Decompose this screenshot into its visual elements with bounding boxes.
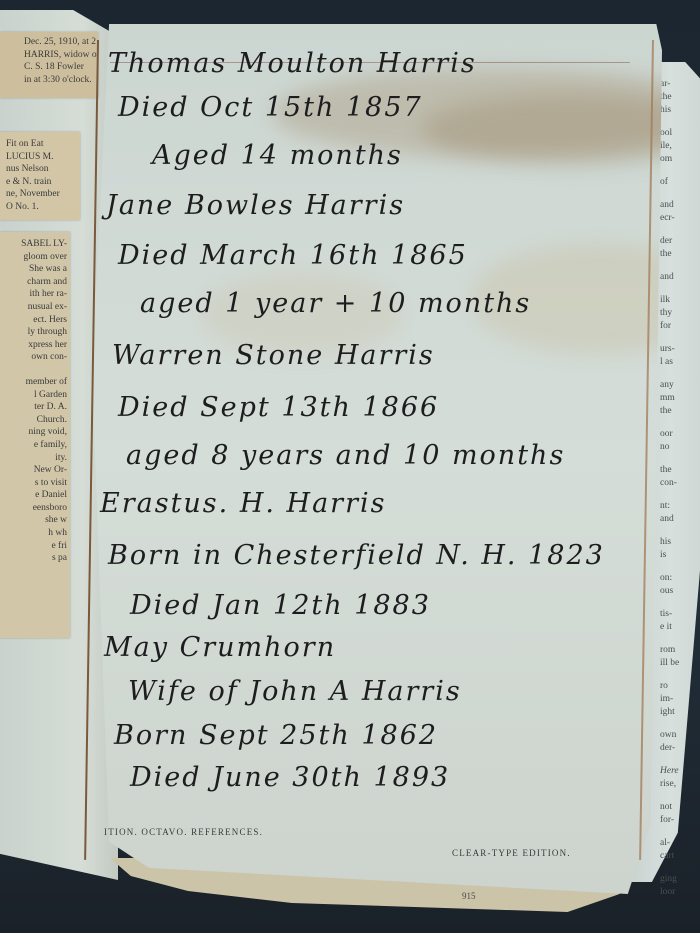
clipping-text: She was a	[2, 263, 70, 276]
newspaper-clipping-obituary-2: Fit on Eat LUCIUS M. nus Nelson e & N. t…	[0, 132, 80, 220]
page-number: 915	[462, 891, 476, 901]
margin-text: loor	[660, 886, 700, 899]
margin-text: der	[660, 235, 700, 248]
margin-text: ile,	[660, 140, 700, 153]
margin-text: urs-	[660, 343, 700, 356]
entry-3-died: Died Sept 13th 1866	[118, 392, 439, 423]
clipping-text: xpress her	[2, 339, 70, 352]
margin-text: om	[660, 153, 700, 166]
margin-text: ilk	[660, 294, 700, 307]
margin-text: own	[660, 729, 700, 742]
margin-text: ill be	[660, 657, 700, 670]
margin-text: the	[660, 91, 700, 104]
margin-text: and	[660, 513, 700, 526]
clipping-text: ect. Hers	[2, 314, 70, 327]
margin-text: is	[660, 549, 700, 562]
entry-2-died: Died March 16th 1865	[118, 240, 468, 271]
entry-5-died: Died June 30th 1893	[130, 762, 450, 793]
entry-3-name: Warren Stone Harris	[112, 340, 435, 371]
printed-footer-left: ITION. OCTAVO. REFERENCES.	[104, 827, 263, 837]
clipping-text: Fit on Eat	[6, 138, 80, 151]
printed-footer-right: CLEAR-TYPE EDITION.	[452, 848, 571, 858]
entry-4-born: Born in Chesterfield N. H. 1823	[108, 540, 605, 571]
margin-text: der-	[660, 742, 700, 755]
margin-text: tis-	[660, 608, 700, 621]
entry-1-name: Thomas Moulton Harris	[108, 48, 477, 79]
margin-text: Here	[660, 765, 700, 778]
clipping-text: s pa	[2, 552, 70, 565]
margin-text: ous	[660, 585, 700, 598]
clipping-text: eensboro	[2, 502, 70, 515]
clipping-text: l Garden	[2, 389, 70, 402]
clipping-text: HARRIS, widow of	[24, 49, 98, 62]
clipping-text: own con-	[2, 351, 70, 364]
margin-text: no	[660, 441, 700, 454]
margin-text: for	[660, 320, 700, 333]
clipping-text: O No. 1.	[6, 201, 80, 214]
margin-text: his	[660, 104, 700, 117]
clipping-text: e & N. train	[6, 176, 80, 189]
clipping-text: ne, November	[6, 188, 80, 201]
clipping-text: ity.	[2, 452, 70, 465]
clipping-text: e fri	[2, 540, 70, 553]
margin-text: his	[660, 536, 700, 549]
clipping-text: LUCIUS M.	[6, 151, 80, 164]
clipping-text: she w	[2, 514, 70, 527]
margin-text: nt:	[660, 500, 700, 513]
right-margin-printed-text: ar- the his ool ile, om of and ecr- der …	[660, 78, 700, 899]
margin-text: ro	[660, 680, 700, 693]
entry-5-born: Born Sept 25th 1862	[114, 720, 438, 751]
margin-text: ging	[660, 873, 700, 886]
clipping-text: charm and	[2, 276, 70, 289]
margin-text: thy	[660, 307, 700, 320]
margin-text: e it	[660, 621, 700, 634]
margin-text: not	[660, 801, 700, 814]
clipping-text: SABEL LY-	[2, 238, 70, 251]
clipping-text: gloom over	[2, 251, 70, 264]
clipping-text: e Daniel	[2, 489, 70, 502]
clipping-text: e family,	[2, 439, 70, 452]
clipping-text: ith her ra-	[2, 288, 70, 301]
clipping-text: Dec. 25, 1910, at 2	[24, 36, 98, 49]
clipping-text: ter D. A.	[2, 401, 70, 414]
clipping-text: in at 3:30 o'clock.	[24, 74, 98, 87]
margin-text: on:	[660, 572, 700, 585]
margin-text: rise,	[660, 778, 700, 791]
margin-text: ight	[660, 706, 700, 719]
entry-1-died: Died Oct 15th 1857	[118, 92, 423, 123]
margin-text: for-	[660, 814, 700, 827]
margin-text: l as	[660, 356, 700, 369]
entry-4-died: Died Jan 12th 1883	[130, 590, 431, 621]
margin-text: ar-	[660, 78, 700, 91]
clipping-text: New Or-	[2, 464, 70, 477]
margin-text: the	[660, 248, 700, 261]
newspaper-clipping-obituary-3: SABEL LY- gloom over She was a charm and…	[0, 232, 70, 638]
clipping-text: C. S. 18 Fowler	[24, 61, 98, 74]
margin-text: rom	[660, 644, 700, 657]
clipping-text: nus Nelson	[6, 163, 80, 176]
entry-1-age: Aged 14 months	[152, 140, 403, 171]
margin-text: ecr-	[660, 212, 700, 225]
margin-text: the	[660, 464, 700, 477]
margin-text: and	[660, 199, 700, 212]
margin-text: the	[660, 405, 700, 418]
margin-text: mm	[660, 392, 700, 405]
newspaper-clipping-obituary-1: Dec. 25, 1910, at 2 HARRIS, widow of C. …	[0, 32, 98, 98]
entry-4-name: Erastus. H. Harris	[100, 488, 387, 519]
clipping-text: member of	[2, 376, 70, 389]
margin-text: al-	[660, 837, 700, 850]
entry-2-age: aged 1 year + 10 months	[140, 288, 531, 319]
margin-text: im-	[660, 693, 700, 706]
margin-text: any	[660, 379, 700, 392]
clipping-text: h wh	[2, 527, 70, 540]
clipping-text: s to visit	[2, 477, 70, 490]
clipping-text: ly through	[2, 326, 70, 339]
margin-text: oor	[660, 428, 700, 441]
margin-text: con-	[660, 477, 700, 490]
clipping-gap	[2, 364, 70, 376]
clipping-text: Church.	[2, 414, 70, 427]
entry-5-spouse: Wife of John A Harris	[128, 676, 462, 707]
margin-text: and	[660, 271, 700, 284]
entry-5-name: May Crumhorn	[104, 632, 336, 663]
clipping-text: ning void,	[2, 426, 70, 439]
margin-text: cart	[660, 850, 700, 863]
margin-text: ool	[660, 127, 700, 140]
entry-2-name: Jane Bowles Harris	[106, 190, 405, 221]
margin-text: of	[660, 176, 700, 189]
entry-3-age: aged 8 years and 10 months	[126, 440, 565, 471]
clipping-text: nusual ex-	[2, 301, 70, 314]
